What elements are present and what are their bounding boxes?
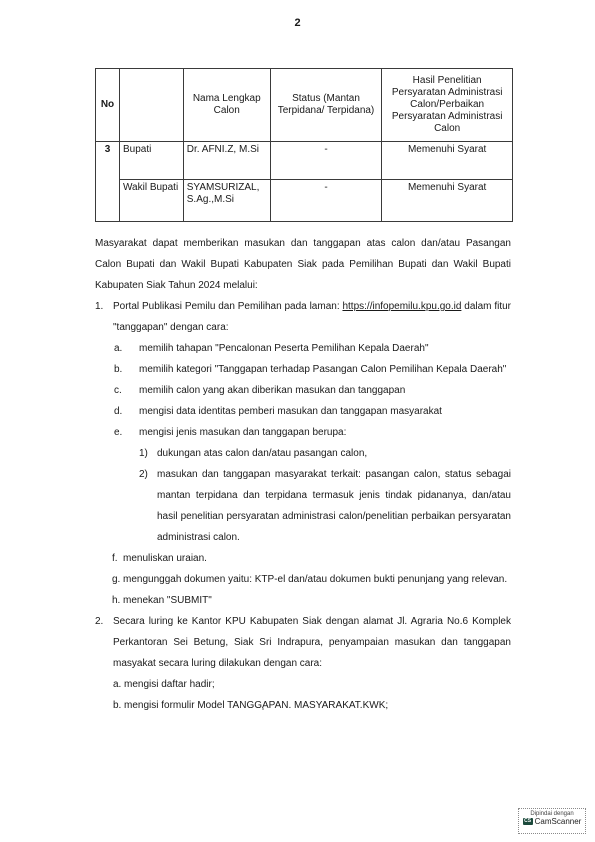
list-item-2: 2. Secara luring ke Kantor KPU Kabupaten…	[95, 611, 511, 674]
list-marker: c.	[114, 380, 122, 401]
page-number: 2	[0, 17, 595, 29]
list-text: mengisi formulir Model TANGGAPAN. MASYAR…	[124, 700, 388, 711]
scan-speck	[262, 708, 264, 710]
cell-name: Dr. AFNI.Z, M.Si	[183, 142, 270, 180]
list-text: mengisi daftar hadir;	[124, 679, 215, 690]
cell-status: -	[270, 180, 382, 222]
header-status: Status (Mantan Terpidana/ Terpidana)	[270, 69, 382, 142]
list-text: dukungan atas calon dan/atau pasangan ca…	[157, 448, 367, 459]
list-text: menuliskan uraian.	[123, 553, 207, 564]
table-row: 3 Bupati Dr. AFNI.Z, M.Si - Memenuhi Sya…	[96, 142, 513, 180]
list-item-1g: g. mengunggah dokumen yaitu: KTP-el dan/…	[95, 569, 511, 590]
header-name: Nama Lengkap Calon	[183, 69, 270, 142]
list-item-1a: a. memilih tahapan "Pencalonan Peserta P…	[95, 338, 511, 359]
list-marker: h.	[112, 590, 120, 611]
camscanner-watermark: Dipindai dengan CS CamScanner	[518, 808, 586, 834]
list-marker: b.	[114, 359, 122, 380]
header-result: Hasil Penelitian Persyaratan Administras…	[382, 69, 513, 142]
list-item-1b: b. memilih kategori "Tanggapan terhadap …	[95, 359, 511, 380]
list-item-1e-2: 2) masukan dan tanggapan masyarakat terk…	[95, 464, 511, 548]
list-text: memilih kategori "Tanggapan terhadap Pas…	[139, 364, 506, 375]
cell-no: 3	[96, 142, 120, 222]
header-position	[119, 69, 183, 142]
cell-result: Memenuhi Syarat	[382, 142, 513, 180]
list-item-1c: c. memilih calon yang akan diberikan mas…	[95, 380, 511, 401]
list-text: memilih tahapan "Pencalonan Peserta Pemi…	[139, 343, 429, 354]
list-marker: d.	[114, 401, 122, 422]
list-item-1e-1: 1) dukungan atas calon dan/atau pasangan…	[95, 443, 511, 464]
header-no: No	[96, 69, 120, 142]
list-item-1e: e. mengisi jenis masukan dan tanggapan b…	[95, 422, 511, 443]
watermark-brand: CS CamScanner	[519, 817, 585, 826]
list-marker: f.	[112, 548, 118, 569]
camscanner-logo-icon: CS	[523, 818, 533, 825]
list-item-1f: f. menuliskan uraian.	[95, 548, 511, 569]
list-text: Secara luring ke Kantor KPU Kabupaten Si…	[113, 616, 511, 669]
list-marker: 1)	[139, 443, 148, 464]
list-text: memilih calon yang akan diberikan masuka…	[139, 385, 405, 396]
list-marker: 2)	[139, 464, 148, 485]
list-text: mengisi data identitas pemberi masukan d…	[139, 406, 442, 417]
infopemilu-link[interactable]: https://infopemilu.kpu.go.id	[342, 301, 461, 312]
list-text: mengisi jenis masukan dan tanggapan beru…	[139, 427, 346, 438]
list-item-2a: a. mengisi daftar hadir;	[95, 674, 511, 695]
list-marker: e.	[114, 422, 122, 443]
list-marker: 1.	[95, 296, 103, 317]
list-marker: a.	[113, 674, 121, 695]
list-text: menekan "SUBMIT"	[123, 595, 212, 606]
document-body: Masyarakat dapat memberikan masukan dan …	[95, 233, 511, 716]
cell-result: Memenuhi Syarat	[382, 180, 513, 222]
list-marker: 2.	[95, 611, 103, 632]
list-marker: a.	[114, 338, 122, 359]
cell-position: Wakil Bupati	[119, 180, 183, 222]
table-header-row: No Nama Lengkap Calon Status (Mantan Ter…	[96, 69, 513, 142]
list-text: Portal Publikasi Pemilu dan Pemilihan pa…	[113, 301, 342, 312]
list-item-2b: b. mengisi formulir Model TANGGAPAN. MAS…	[95, 695, 511, 716]
list-item-1d: d. mengisi data identitas pemberi masuka…	[95, 401, 511, 422]
list-item-1h: h. menekan "SUBMIT"	[95, 590, 511, 611]
list-text: mengunggah dokumen yaitu: KTP-el dan/ata…	[123, 574, 507, 585]
cell-name: SYAMSURIZAL, S.Ag.,M.Si	[183, 180, 270, 222]
cell-position: Bupati	[119, 142, 183, 180]
list-marker: g.	[112, 569, 120, 590]
cell-status: -	[270, 142, 382, 180]
table-row: Wakil Bupati SYAMSURIZAL, S.Ag.,M.Si - M…	[96, 180, 513, 222]
candidate-table: No Nama Lengkap Calon Status (Mantan Ter…	[95, 68, 513, 222]
watermark-brand-name: CamScanner	[535, 817, 582, 826]
list-marker: b.	[113, 695, 121, 716]
list-item-1: 1. Portal Publikasi Pemilu dan Pemilihan…	[95, 296, 511, 338]
intro-paragraph: Masyarakat dapat memberikan masukan dan …	[95, 233, 511, 296]
list-text: masukan dan tanggapan masyarakat terkait…	[157, 469, 511, 543]
